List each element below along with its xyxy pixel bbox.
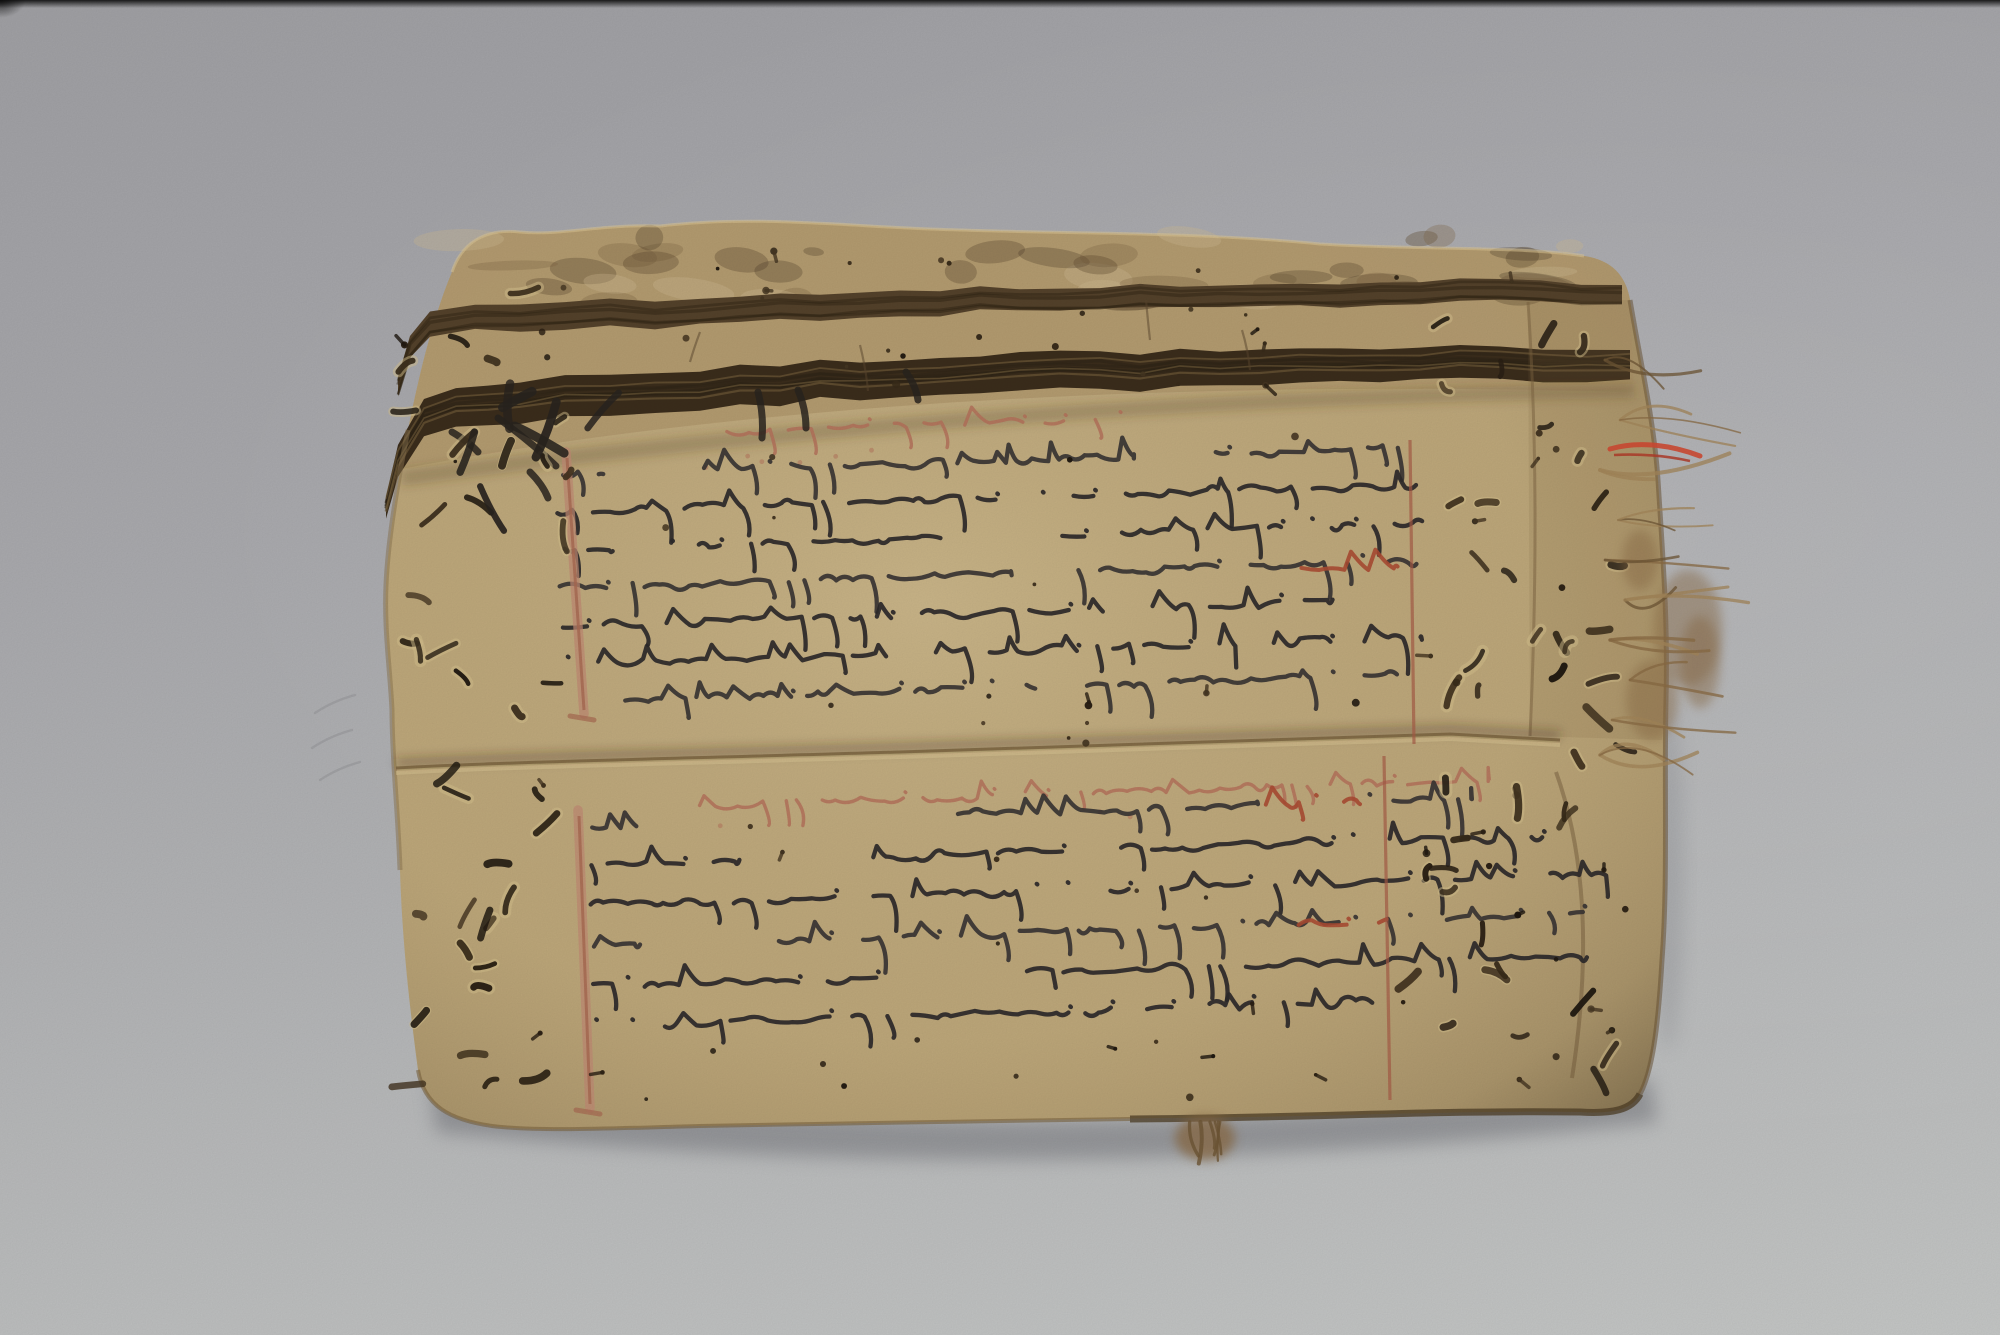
manuscript-scene (0, 0, 2000, 1335)
photo-corner-artifact (0, 0, 26, 18)
photo-top-edge-artifact (0, 0, 2000, 8)
photo-grain (0, 0, 2000, 1335)
photograph (0, 0, 2000, 1335)
